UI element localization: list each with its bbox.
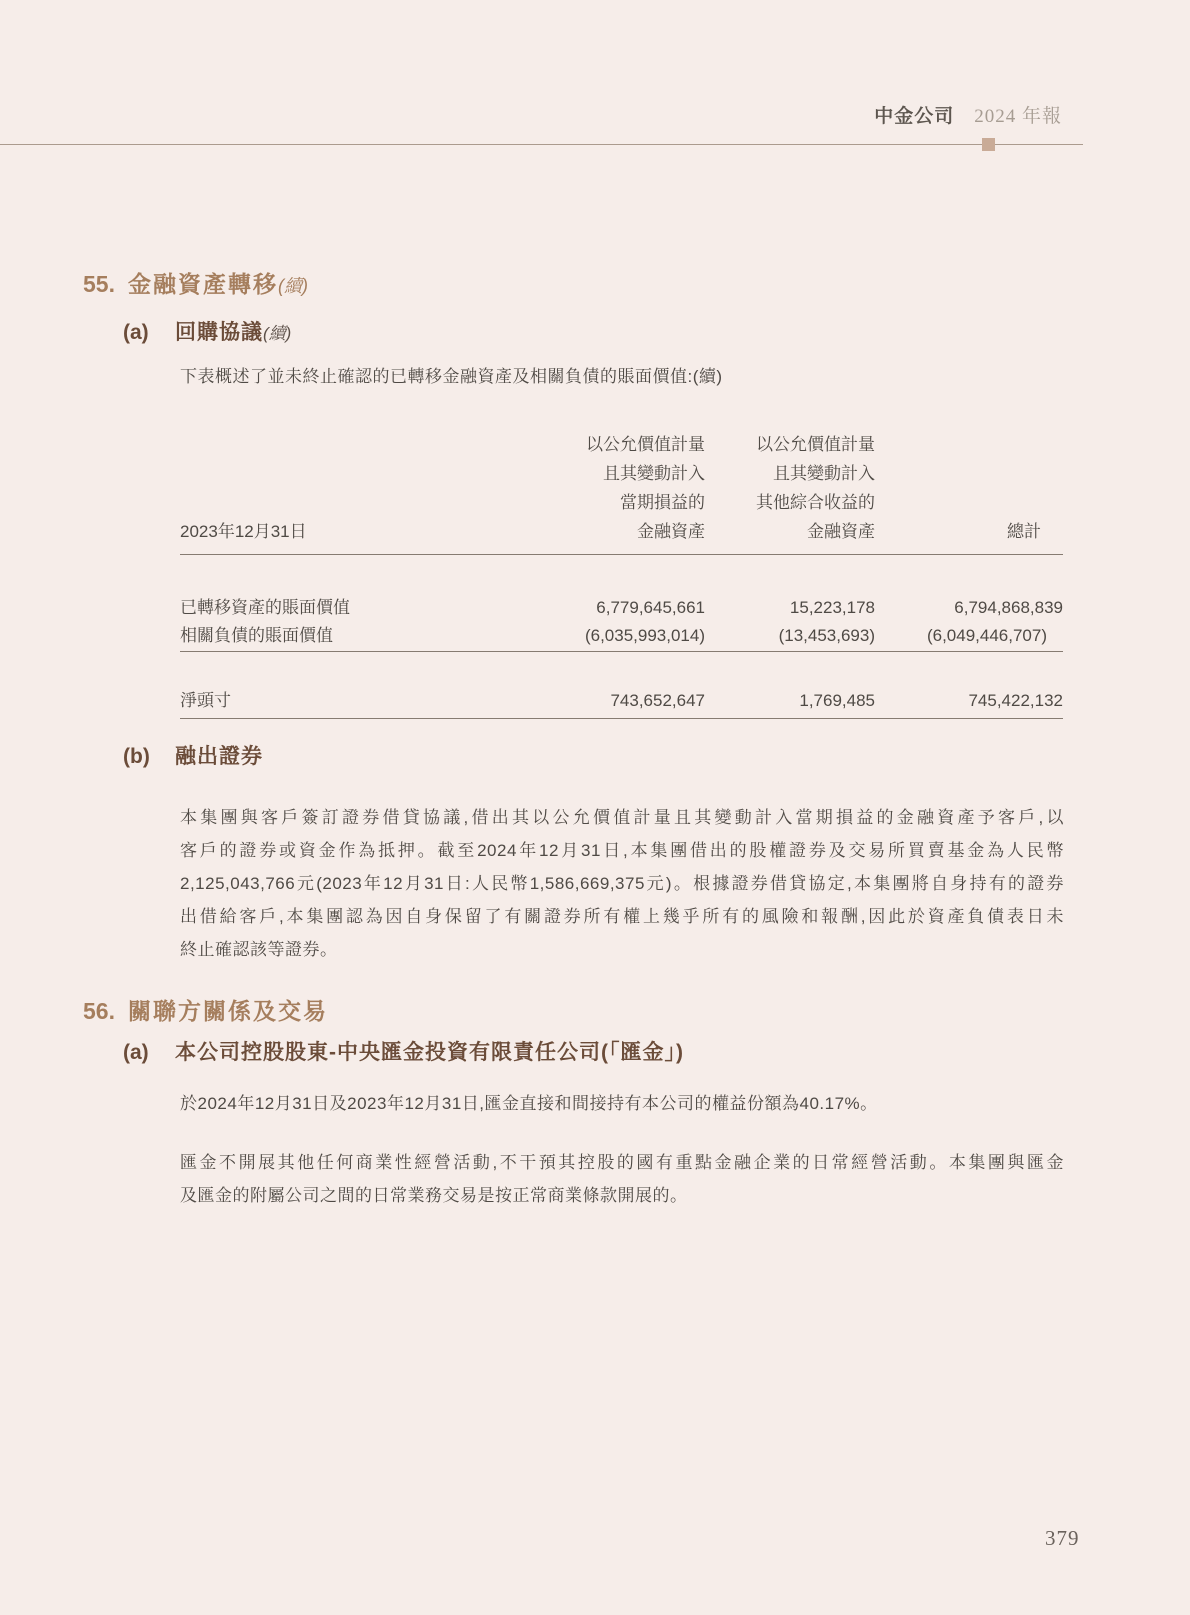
table-header-row: 2023年12月31日 以公允價值計量 且其變動計入 當期損益的 金融資產 以公… (180, 430, 1063, 555)
column-header-line: 當期損益的 (430, 488, 705, 517)
securities-lending-paragraph: 本集團與客戶簽訂證券借貸協議,借出其以公允價值計量且其變動計入當期損益的金融資產… (180, 801, 1064, 966)
cell-value: 15,223,178 (705, 588, 875, 624)
column-header-line: 金融資產 (705, 517, 875, 546)
report-page: 中金公司2024 年報 55.金融資產轉移(續) (a)回購協議(續) 下表概述… (0, 0, 1190, 1615)
subsection-55a-continued-note: (續) (263, 324, 291, 343)
row-label: 相關負債的賬面價值 (180, 624, 430, 652)
subsection-56a-title: 本公司控股股東-中央匯金投資有限責任公司(「匯金」) (175, 1041, 684, 1064)
row-label: 已轉移資產的賬面價值 (180, 588, 430, 624)
section-56-title: 關聯方關係及交易 (128, 998, 328, 1024)
paragraph-line: 客戶的證券或資金作為抵押。截至2024年12月31日,本集團借出的股權證券及交易… (180, 834, 1064, 867)
huijin-ownership-paragraph: 於2024年12月31日及2023年12月31日,匯金直接和間接持有本公司的權益… (180, 1089, 878, 1114)
paragraph-line: 2,125,043,766元(2023年12月31日:人民幣1,586,669,… (180, 867, 1064, 900)
table-spacer-row (180, 652, 1063, 688)
running-header: 中金公司2024 年報 (874, 101, 1062, 128)
column-header-fvtpl: 以公允價值計量 且其變動計入 當期損益的 金融資產 (430, 430, 705, 555)
financial-table: 2023年12月31日 以公允價值計量 且其變動計入 當期損益的 金融資產 以公… (180, 430, 1063, 719)
page-number: 379 (1045, 1526, 1080, 1551)
cell-value: 6,794,868,839 (875, 588, 1063, 624)
subsection-55a-label: (a) (123, 321, 175, 345)
table-row-associated-liabilities: 相關負債的賬面價值 (6,035,993,014) (13,453,693) (… (180, 624, 1063, 652)
row-label: 淨頭寸 (180, 687, 430, 719)
subsection-55b-heading: (b)融出證券 (123, 740, 263, 770)
section-55-continued-note: (續) (278, 276, 308, 296)
paragraph-line: 出借給客戶,本集團認為因自身保留了有關證券所有權上幾乎所有的風險和報酬,因此於資… (180, 900, 1064, 933)
subsection-55b-label: (b) (123, 745, 175, 769)
subsection-56a-label: (a) (123, 1041, 175, 1065)
paragraph-line: 及匯金的附屬公司之間的日常業務交易是按正常商業條款開展的。 (180, 1179, 1064, 1212)
paragraph-line: 匯金不開展其他任何商業性經營活動,不干預其控股的國有重點金融企業的日常經營活動。… (180, 1146, 1064, 1179)
subsection-55a-heading: (a)回購協議(續) (123, 316, 291, 346)
cell-value: (13,453,693) (705, 624, 875, 652)
subsection-55a-title: 回購協議 (175, 321, 263, 344)
subsection-56a-heading: (a)本公司控股股東-中央匯金投資有限責任公司(「匯金」) (123, 1036, 684, 1066)
column-header-line: 以公允價值計量 (430, 430, 705, 459)
column-header-line: 以公允價值計量 (705, 430, 875, 459)
section-55-title: 金融資產轉移 (128, 271, 278, 297)
cell-value: 1,769,485 (705, 687, 875, 719)
header-square-marker (982, 138, 995, 151)
section-56-heading: 56.關聯方關係及交易 (83, 993, 328, 1026)
column-header-line: 其他綜合收益的 (705, 488, 875, 517)
table-date-header: 2023年12月31日 (180, 430, 430, 555)
cell-value: (6,035,993,014) (430, 624, 705, 652)
table-row-net-position: 淨頭寸 743,652,647 1,769,485 745,422,132 (180, 687, 1063, 719)
cell-value: (6,049,446,707) (875, 624, 1063, 652)
table-intro-text: 下表概述了並未終止確認的已轉移金融資產及相關負債的賬面價值:(續) (180, 362, 723, 387)
huijin-activities-paragraph: 匯金不開展其他任何商業性經營活動,不干預其控股的國有重點金融企業的日常經營活動。… (180, 1146, 1064, 1212)
column-header-fvoci: 以公允價值計量 且其變動計入 其他綜合收益的 金融資產 (705, 430, 875, 555)
section-55-heading: 55.金融資產轉移(續) (83, 266, 308, 299)
section-55-number: 55. (83, 271, 128, 298)
column-header-line: 金融資產 (430, 517, 705, 546)
table-spacer-row (180, 555, 1063, 589)
cell-value: 743,652,647 (430, 687, 705, 719)
subsection-55b-title: 融出證券 (175, 745, 263, 768)
section-56-number: 56. (83, 998, 128, 1025)
column-header-line: 且其變動計入 (430, 459, 705, 488)
company-name: 中金公司 (874, 106, 954, 127)
cell-value: 6,779,645,661 (430, 588, 705, 624)
paragraph-line: 終止確認該等證券。 (180, 933, 1064, 966)
header-rule (0, 144, 1083, 145)
report-year: 2024 年報 (974, 106, 1062, 127)
column-header-line: 且其變動計入 (705, 459, 875, 488)
cell-value: 745,422,132 (875, 687, 1063, 719)
table-row-transferred-assets: 已轉移資產的賬面價值 6,779,645,661 15,223,178 6,79… (180, 588, 1063, 624)
paragraph-line: 本集團與客戶簽訂證券借貸協議,借出其以公允價值計量且其變動計入當期損益的金融資產… (180, 801, 1064, 834)
column-header-total: 總計 (875, 430, 1063, 555)
